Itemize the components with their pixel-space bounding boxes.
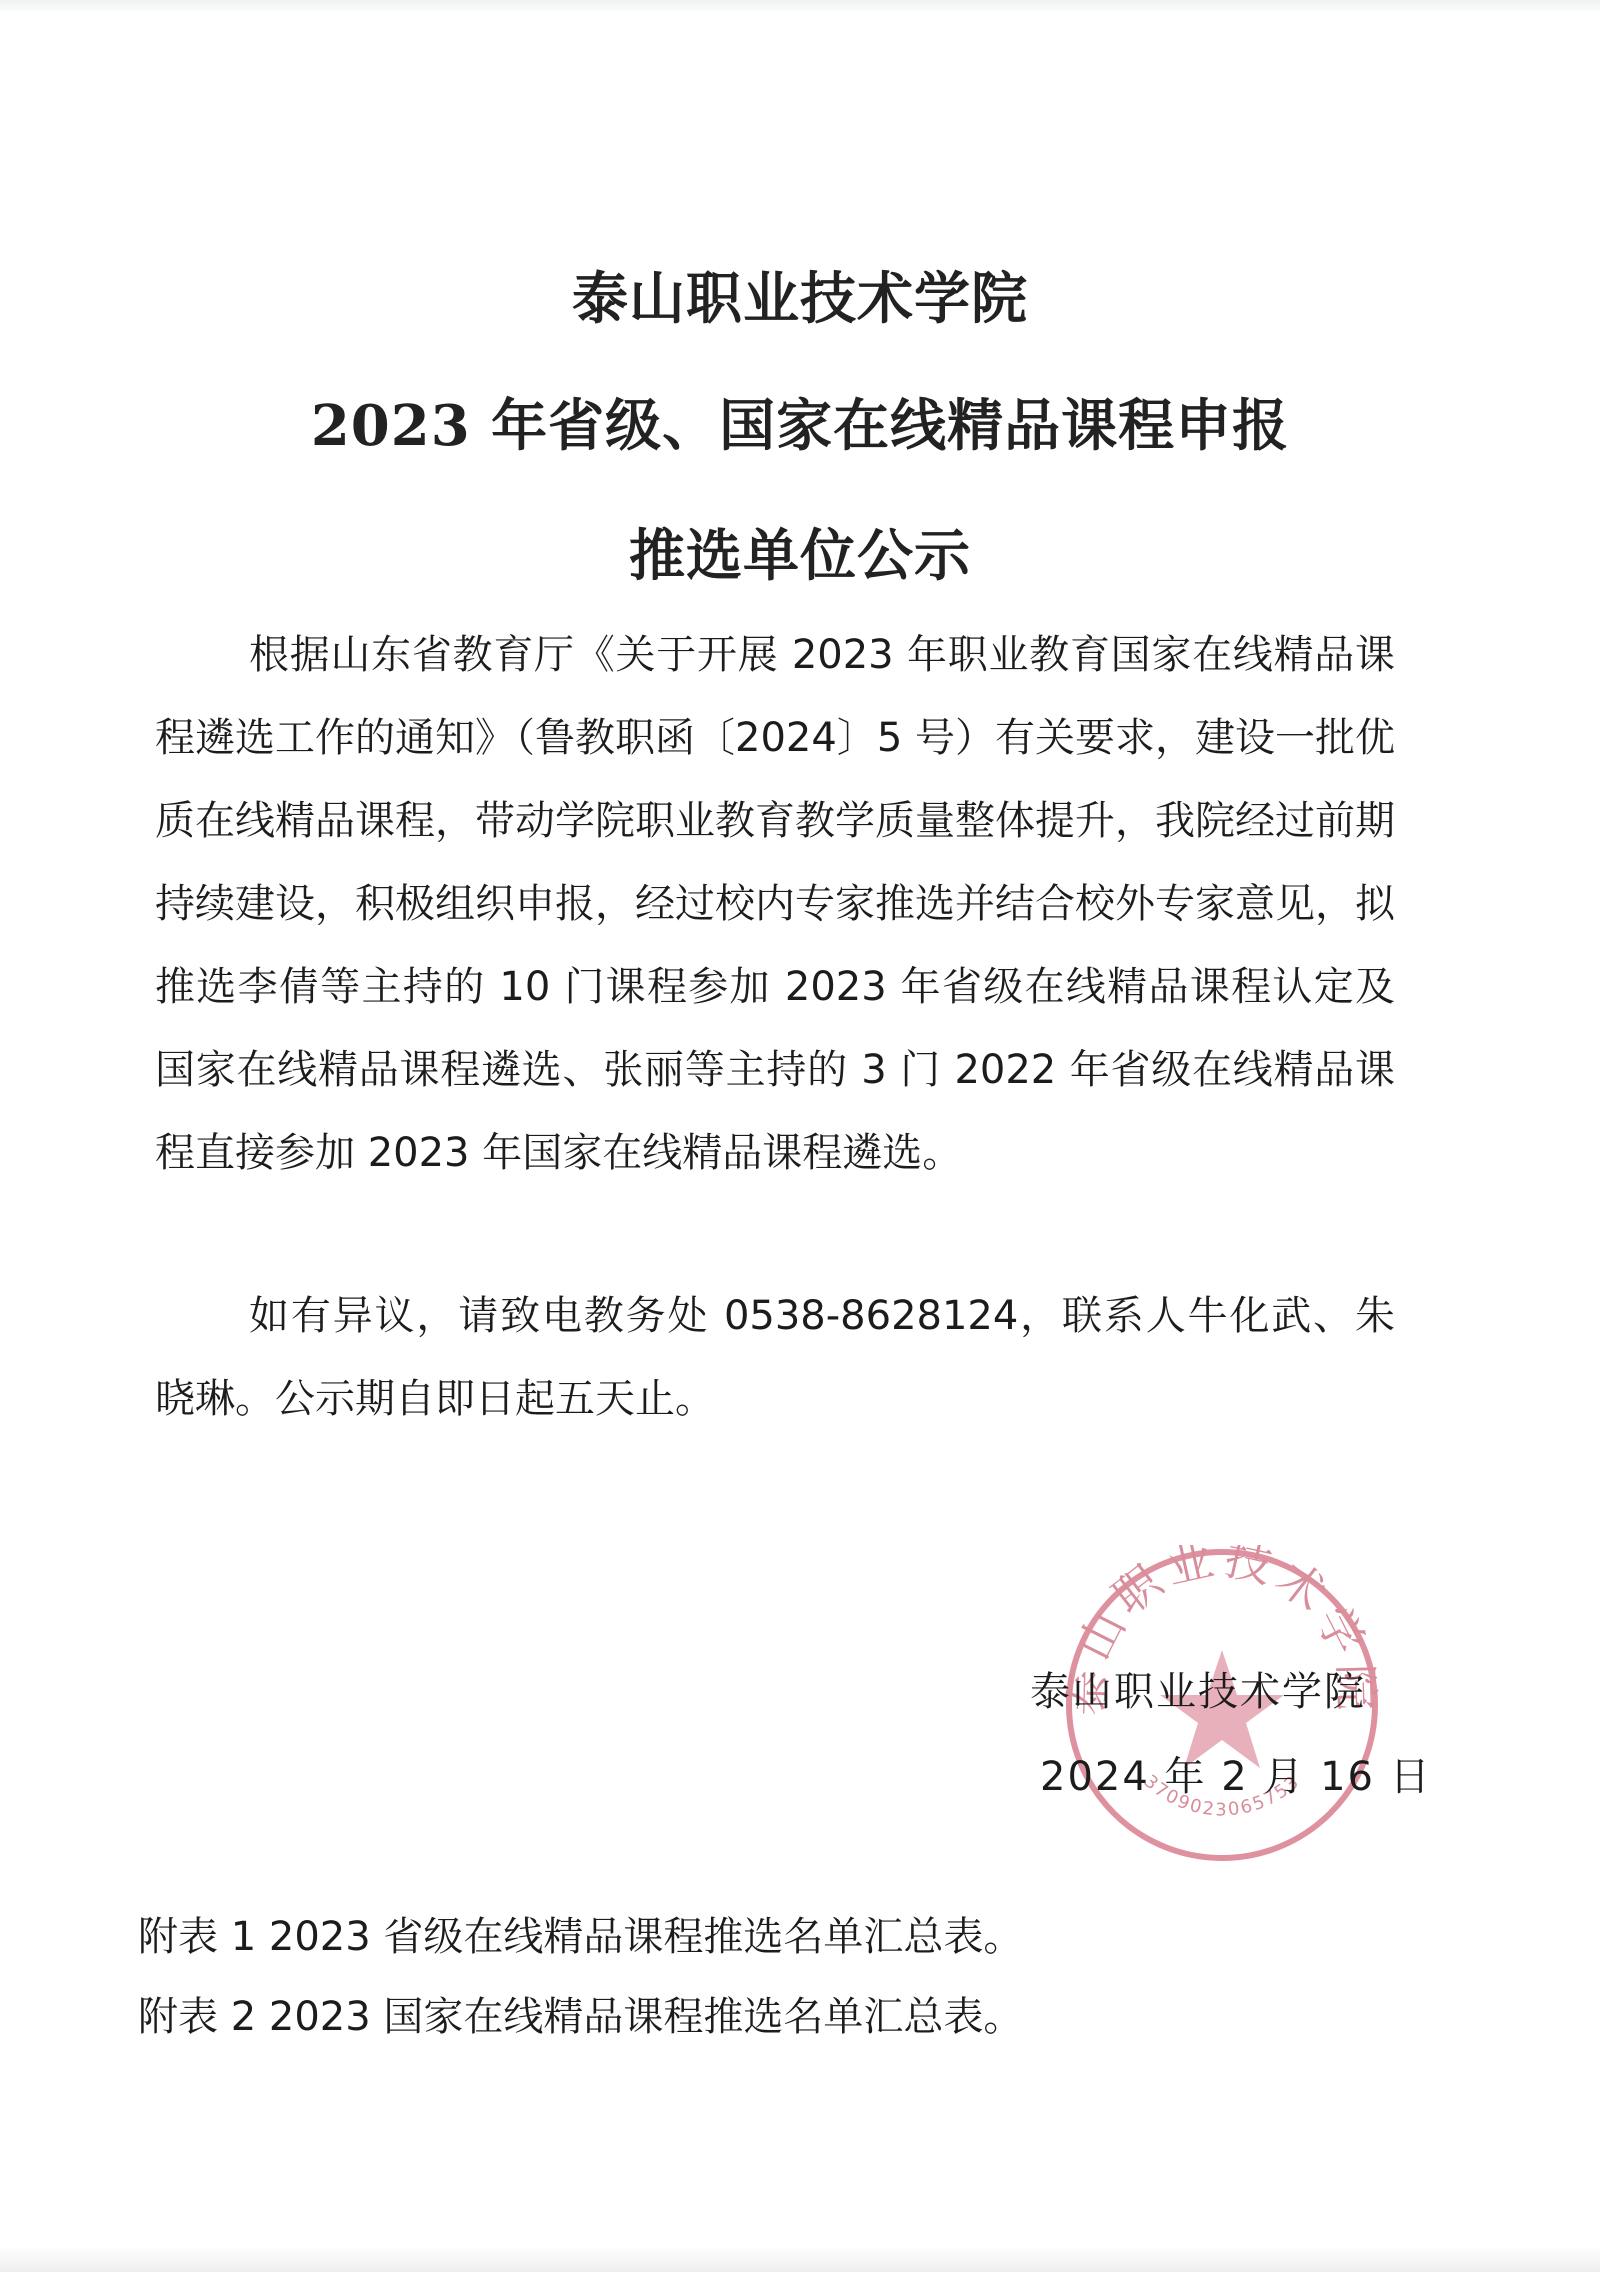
signature-organization: 泰山职业技术学院 bbox=[1030, 1660, 1366, 1717]
title-institution: 泰山职业技术学院 bbox=[0, 255, 1600, 335]
body-paragraph-contact: 如有异议，请致电教务处 0538-8628124，联系人牛化武、朱晓琳。公示期自… bbox=[155, 1275, 1395, 1441]
attachment-2: 附表 2 2023 国家在线精品课程推选名单汇总表。 bbox=[138, 1985, 1023, 2042]
attachment-1: 附表 1 2023 省级在线精品课程推选名单汇总表。 bbox=[138, 1905, 1023, 1962]
signature-date: 2024 年 2 月 16 日 bbox=[1040, 1745, 1432, 1802]
title-notice: 推选单位公示 bbox=[0, 512, 1600, 592]
body-paragraph-main: 根据山东省教育厅《关于开展 2023 年职业教育国家在线精品课程遴选工作的通知》… bbox=[155, 614, 1395, 1195]
scan-edge-bottom bbox=[0, 2246, 1600, 2272]
title-subject: 2023 年省级、国家在线精品课程申报 bbox=[0, 382, 1600, 462]
scan-edge-top bbox=[0, 0, 1600, 14]
